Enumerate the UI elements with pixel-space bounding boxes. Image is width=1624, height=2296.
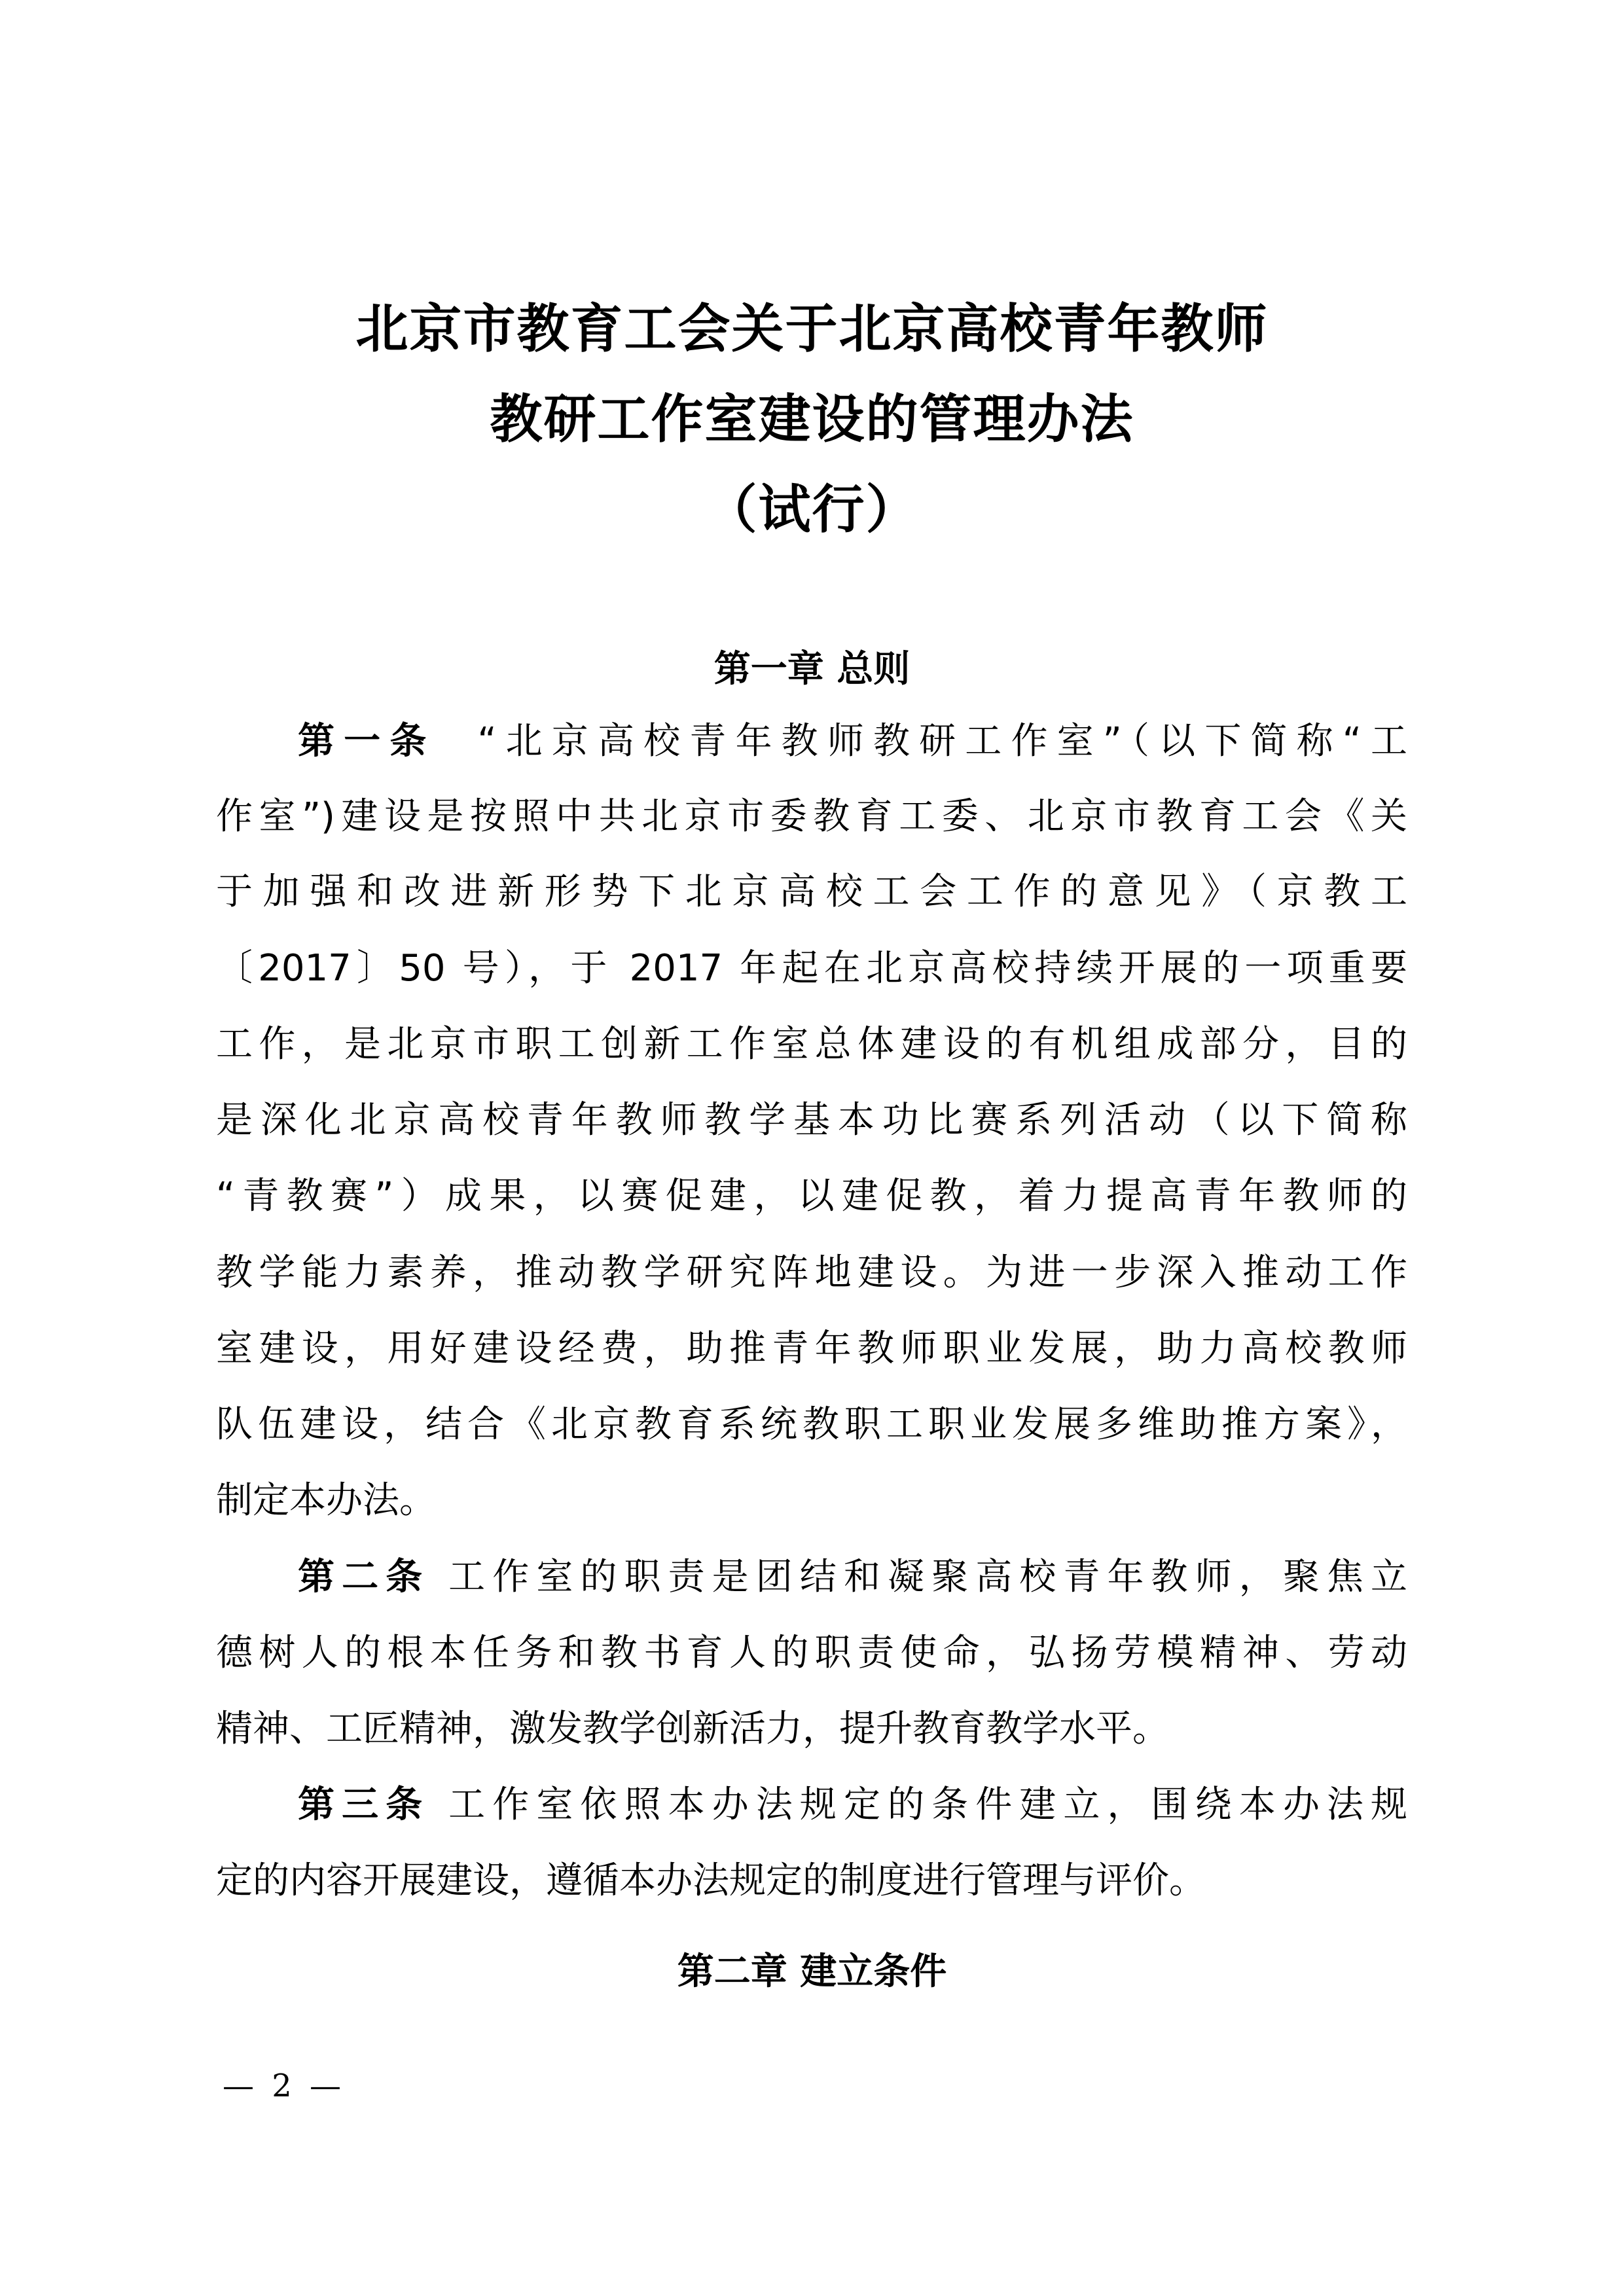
article-3-label: 第三条 [298, 1784, 429, 1826]
article-3-line-2: 定的内容开展建设，遵循本办法规定的制度进行管理与评价。 [216, 1863, 1407, 1899]
article-1-line-3: 于加强和改进新形势下北京高校工会工作的意见》（京教工 [216, 874, 1407, 910]
article-1-text: “北京高校青年教师教研工作室”（以下简称“工 [477, 720, 1407, 762]
article-2-line-3: 精神、工匠精神，激发教学创新活力，提升教育教学水平。 [216, 1711, 1407, 1748]
article-2-text: 工作室的职责是团结和凝聚高校青年教师，聚焦立 [448, 1556, 1407, 1598]
article-2-line-2: 德树人的根本任务和教书育人的职责使命，弘扬劳模精神、劳动 [216, 1635, 1407, 1672]
article-1-line-4: 〔2017〕50 号），于 2017 年起在北京高校持续开展的一项重要 [216, 950, 1407, 987]
page-number: — 2 — [223, 2070, 345, 2102]
article-1-line-5: 工作，是北京市职工创新工作室总体建设的有机组成部分，目的 [216, 1026, 1407, 1063]
article-1-line-8: 教学能力素养，推动教学研究阵地建设。为进一步深入推动工作 [216, 1255, 1407, 1291]
article-1-line-10: 队伍建设，结合《北京教育系统教职工职业发展多维助推方案》， [216, 1407, 1407, 1443]
article-2-line-1: 第二条 工作室的职责是团结和凝聚高校青年教师，聚焦立 [298, 1559, 1407, 1596]
article-1-line-2: 作室”)建设是按照中共北京市委教育工委、北京市教育工会《关 [216, 798, 1407, 835]
article-1-line-7: “青教赛”）成果，以赛促建，以建促教，着力提高青年教师的 [216, 1178, 1407, 1215]
chapter-1-heading: 第一章 总则 [0, 651, 1624, 688]
article-1-label: 第一条 [298, 720, 436, 762]
article-1-line-11: 制定本办法。 [216, 1482, 1407, 1519]
chapter-2-heading: 第二章 建立条件 [0, 1954, 1624, 1990]
document-page: 北京市教育工会关于北京高校青年教师 教研工作室建设的管理办法 （试行） 第一章 … [0, 0, 1624, 2296]
article-3-line-1: 第三条 工作室依照本办法规定的条件建立，围绕本办法规 [298, 1787, 1407, 1823]
article-2-label: 第二条 [298, 1556, 429, 1598]
article-1-line-9: 室建设，用好建设经费，助推青年教师职业发展，助力高校教师 [216, 1331, 1407, 1367]
document-title-line-3: （试行） [0, 483, 1624, 535]
document-title-line-1: 北京市教育工会关于北京高校青年教师 [0, 302, 1624, 355]
document-title-line-2: 教研工作室建设的管理办法 [0, 393, 1624, 445]
article-1-line-6: 是深化北京高校青年教师教学基本功比赛系列活动（以下简称 [216, 1102, 1407, 1139]
article-1-line-1: 第一条 “北京高校青年教师教研工作室”（以下简称“工 [298, 723, 1407, 760]
article-3-text: 工作室依照本办法规定的条件建立，围绕本办法规 [448, 1784, 1407, 1826]
